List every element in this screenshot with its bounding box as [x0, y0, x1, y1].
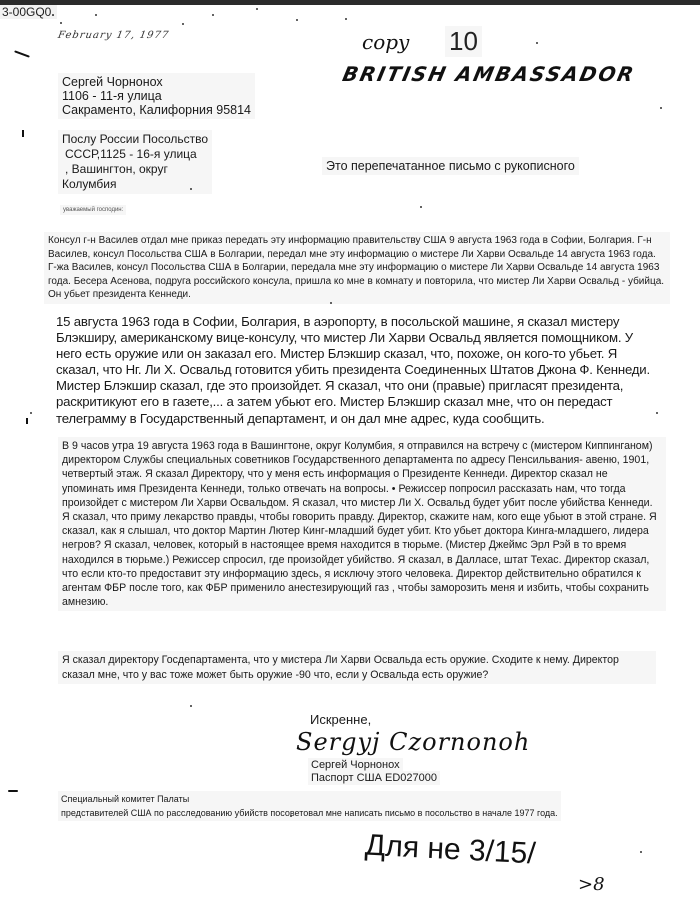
- handwritten-british-ambassador: BRITISH AMBASSADOR: [340, 62, 637, 86]
- sender-city: Сакраменто, Калифорния 95814: [62, 103, 251, 117]
- recipient-address: Послу России Посольство СССР,1125 - 16-я…: [58, 130, 212, 194]
- document-id: 3-00GQ0.: [0, 5, 57, 19]
- recipient-line: Колумбия: [62, 177, 208, 192]
- sender-name: Сергей Чорнонох: [62, 75, 251, 89]
- signature: Sergyj Czornonoh: [296, 728, 530, 756]
- stamp-text: Для не 3/15/: [364, 829, 536, 872]
- signer-passport: Паспорт США ED027000: [308, 771, 440, 785]
- typed-date: February 17, 1977: [57, 30, 170, 41]
- footnote: Специальный комитет Палаты представителе…: [58, 791, 561, 821]
- handwritten-copy: copy: [362, 30, 409, 54]
- valediction: Искренне,: [310, 712, 371, 727]
- salutation: уважаемый господин:: [60, 205, 126, 215]
- handwritten-number: >8: [578, 874, 605, 895]
- paragraph-2: 15 августа 1963 года в Софии, Болгария, …: [52, 312, 660, 429]
- footnote-line-1: Специальный комитет Палаты: [61, 792, 558, 806]
- top-bar: [0, 0, 700, 5]
- footnote-line-2: представителей США по расследованию убий…: [61, 806, 558, 820]
- recipient-line: , Вашингтон, округ: [62, 162, 208, 177]
- recipient-line: СССР,1125 - 16-я улица: [62, 147, 208, 162]
- sender-street: 1106 - 11-я улица: [62, 89, 251, 103]
- copy-number: 10: [445, 26, 482, 57]
- paragraph-1: Консул г-н Василев отдал мне приказ пере…: [44, 232, 670, 304]
- recipient-line: Послу России Посольство: [62, 132, 208, 147]
- sender-address: Сергей Чорнонох 1106 - 11-я улица Сакрам…: [58, 73, 255, 119]
- paragraph-3: В 9 часов утра 19 августа 1963 года в Ва…: [58, 437, 666, 611]
- retyped-note: Это перепечатанное письмо с рукописного: [322, 157, 579, 175]
- paragraph-4: Я сказал директору Госдепартамента, что …: [58, 651, 656, 684]
